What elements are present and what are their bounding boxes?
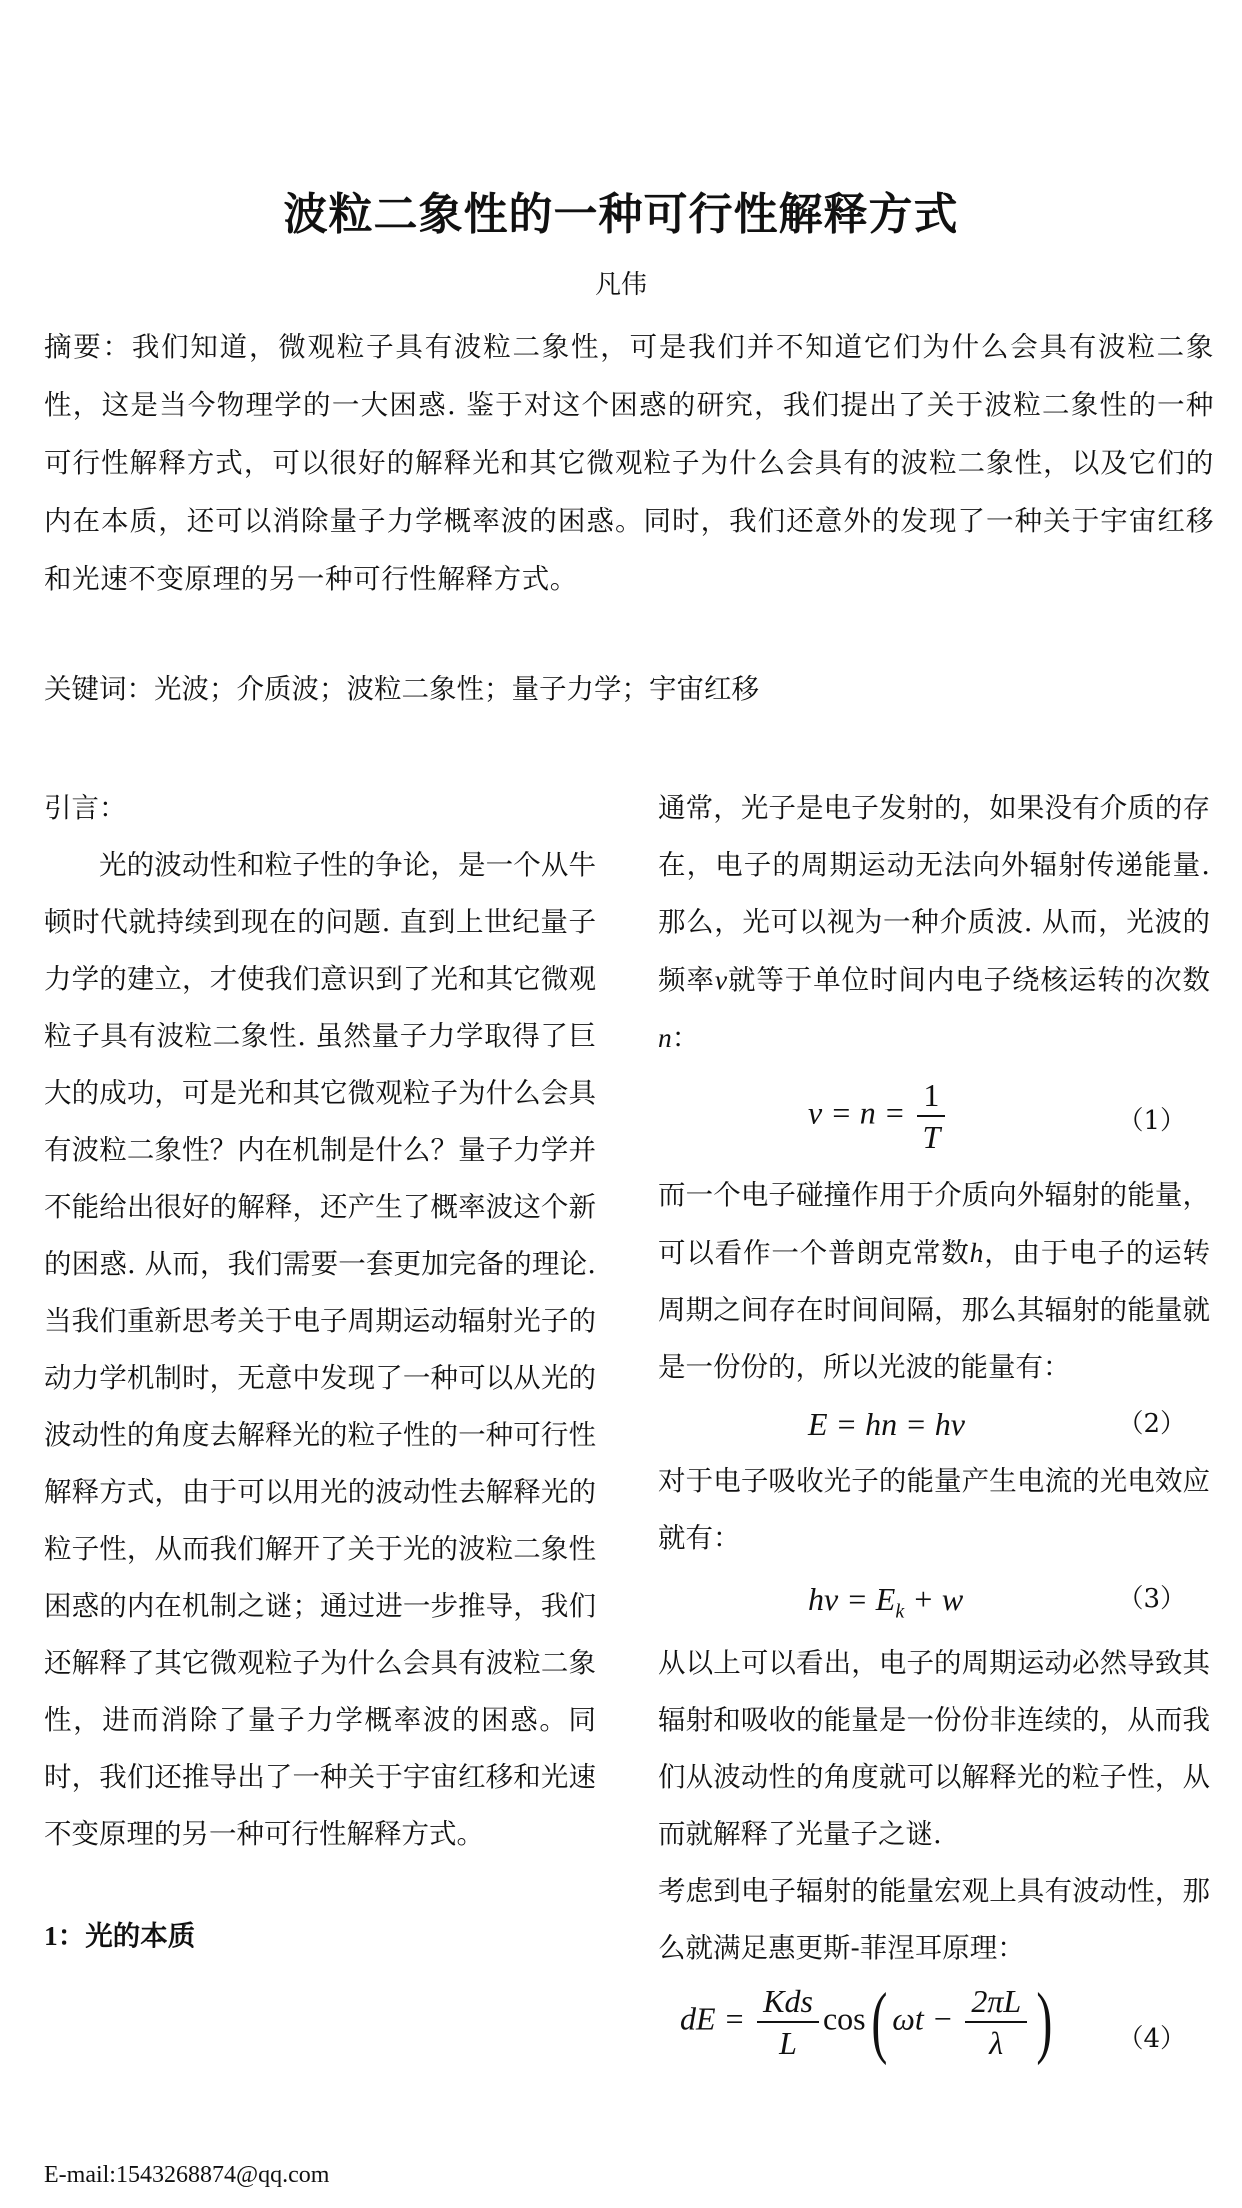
equation-2-formula: E = hn = hv (808, 1396, 965, 1453)
cos-function: cos (823, 2000, 866, 2036)
denominator: L (757, 2023, 819, 2063)
eq3-subscript: k (895, 1600, 904, 1622)
paragraph-huygens: 考虑到电子辐射的能量宏观上具有波动性，那么就满足惠更斯-菲涅耳原理： (658, 1863, 1210, 1977)
eq3-lhs: hv = E (808, 1581, 895, 1617)
equation-4-formula: dE = KdsLcos(ωt − 2πLλ) (680, 1981, 1058, 2063)
fraction-kds-l: KdsL (757, 1981, 819, 2063)
eq3-rhs: + w (904, 1581, 963, 1617)
fraction: 1T (917, 1075, 945, 1157)
equation-1: v = n = 1T （1） (658, 1067, 1210, 1167)
paragraph-conclusion: 从以上可以看出，电子的周期运动必然导致其辐射和吸收的能量是一份份非连续的，从而我… (658, 1635, 1210, 1863)
equation-4-label: （4） (1117, 2011, 1186, 2068)
equation-3: hv = Ek + w （3） (658, 1567, 1210, 1635)
author-email: E-mail:1543268874@qq.com (44, 2162, 329, 2189)
numerator: 1 (917, 1075, 945, 1117)
equation-2: E = hn = hv （2） (658, 1396, 1210, 1453)
equation-1-formula: v = n = 1T (808, 1075, 949, 1157)
numerator: Kds (757, 1981, 819, 2023)
eq1-lhs: v = n = (808, 1094, 913, 1130)
fraction-2pil-lambda: 2πLλ (965, 1981, 1027, 2063)
eq4-lhs: dE = (680, 2000, 753, 2036)
text-span: ： (672, 1022, 700, 1054)
equation-3-label: （3） (1117, 1571, 1186, 1628)
section-heading: 1：光的本质 (44, 1907, 596, 1964)
equation-2-label: （2） (1117, 1396, 1186, 1453)
equation-1-label: （1） (1117, 1093, 1186, 1150)
right-paren: ) (1036, 1982, 1052, 2062)
abstract: 摘要：我们知道，微观粒子具有波粒二象性，可是我们并不知道它们为什么会具有波粒二象… (44, 318, 1214, 608)
keywords: 关键词：光波；介质波；波粒二象性；量子力学；宇宙红移 (44, 664, 759, 714)
variable-h: h (970, 1237, 984, 1268)
left-column: 引言： 光的波动性和粒子性的争论，是一个从牛顿时代就持续到现在的问题. 直到上世… (44, 780, 596, 1964)
text-span: 就等于单位时间内电子绕核运转的次数 (727, 964, 1210, 996)
denominator: T (917, 1117, 945, 1157)
numerator: 2πL (965, 1981, 1027, 2023)
variable-n: n (658, 1022, 672, 1053)
paragraph-light-medium: 通常，光子是电子发射的，如果没有介质的存在，电子的周期运动无法向外辐射传递能量.… (658, 780, 1210, 1067)
intro-label: 引言： (44, 780, 596, 837)
author-name: 凡伟 (0, 264, 1242, 301)
paragraph-photoelectric: 对于电子吸收光子的能量产生电流的光电效应就有： (658, 1453, 1210, 1567)
right-column: 通常，光子是电子发射的，如果没有介质的存在，电子的周期运动无法向外辐射传递能量.… (658, 780, 1210, 2087)
paper-title: 波粒二象性的一种可行性解释方式 (0, 178, 1242, 242)
variable-v: v (715, 964, 727, 995)
left-paren: ( (871, 1982, 887, 2062)
equation-4: dE = KdsLcos(ωt − 2πLλ) （4） (658, 1977, 1210, 2087)
denominator: λ (965, 2023, 1027, 2063)
paragraph-planck: 而一个电子碰撞作用于介质向外辐射的能量，可以看作一个普朗克常数h，由于电子的运转… (658, 1167, 1210, 1396)
equation-3-formula: hv = Ek + w (808, 1571, 963, 1640)
intro-paragraph: 光的波动性和粒子性的争论，是一个从牛顿时代就持续到现在的问题. 直到上世纪量子力… (44, 837, 596, 1863)
eq4-argument: ωt − (892, 2000, 961, 2036)
